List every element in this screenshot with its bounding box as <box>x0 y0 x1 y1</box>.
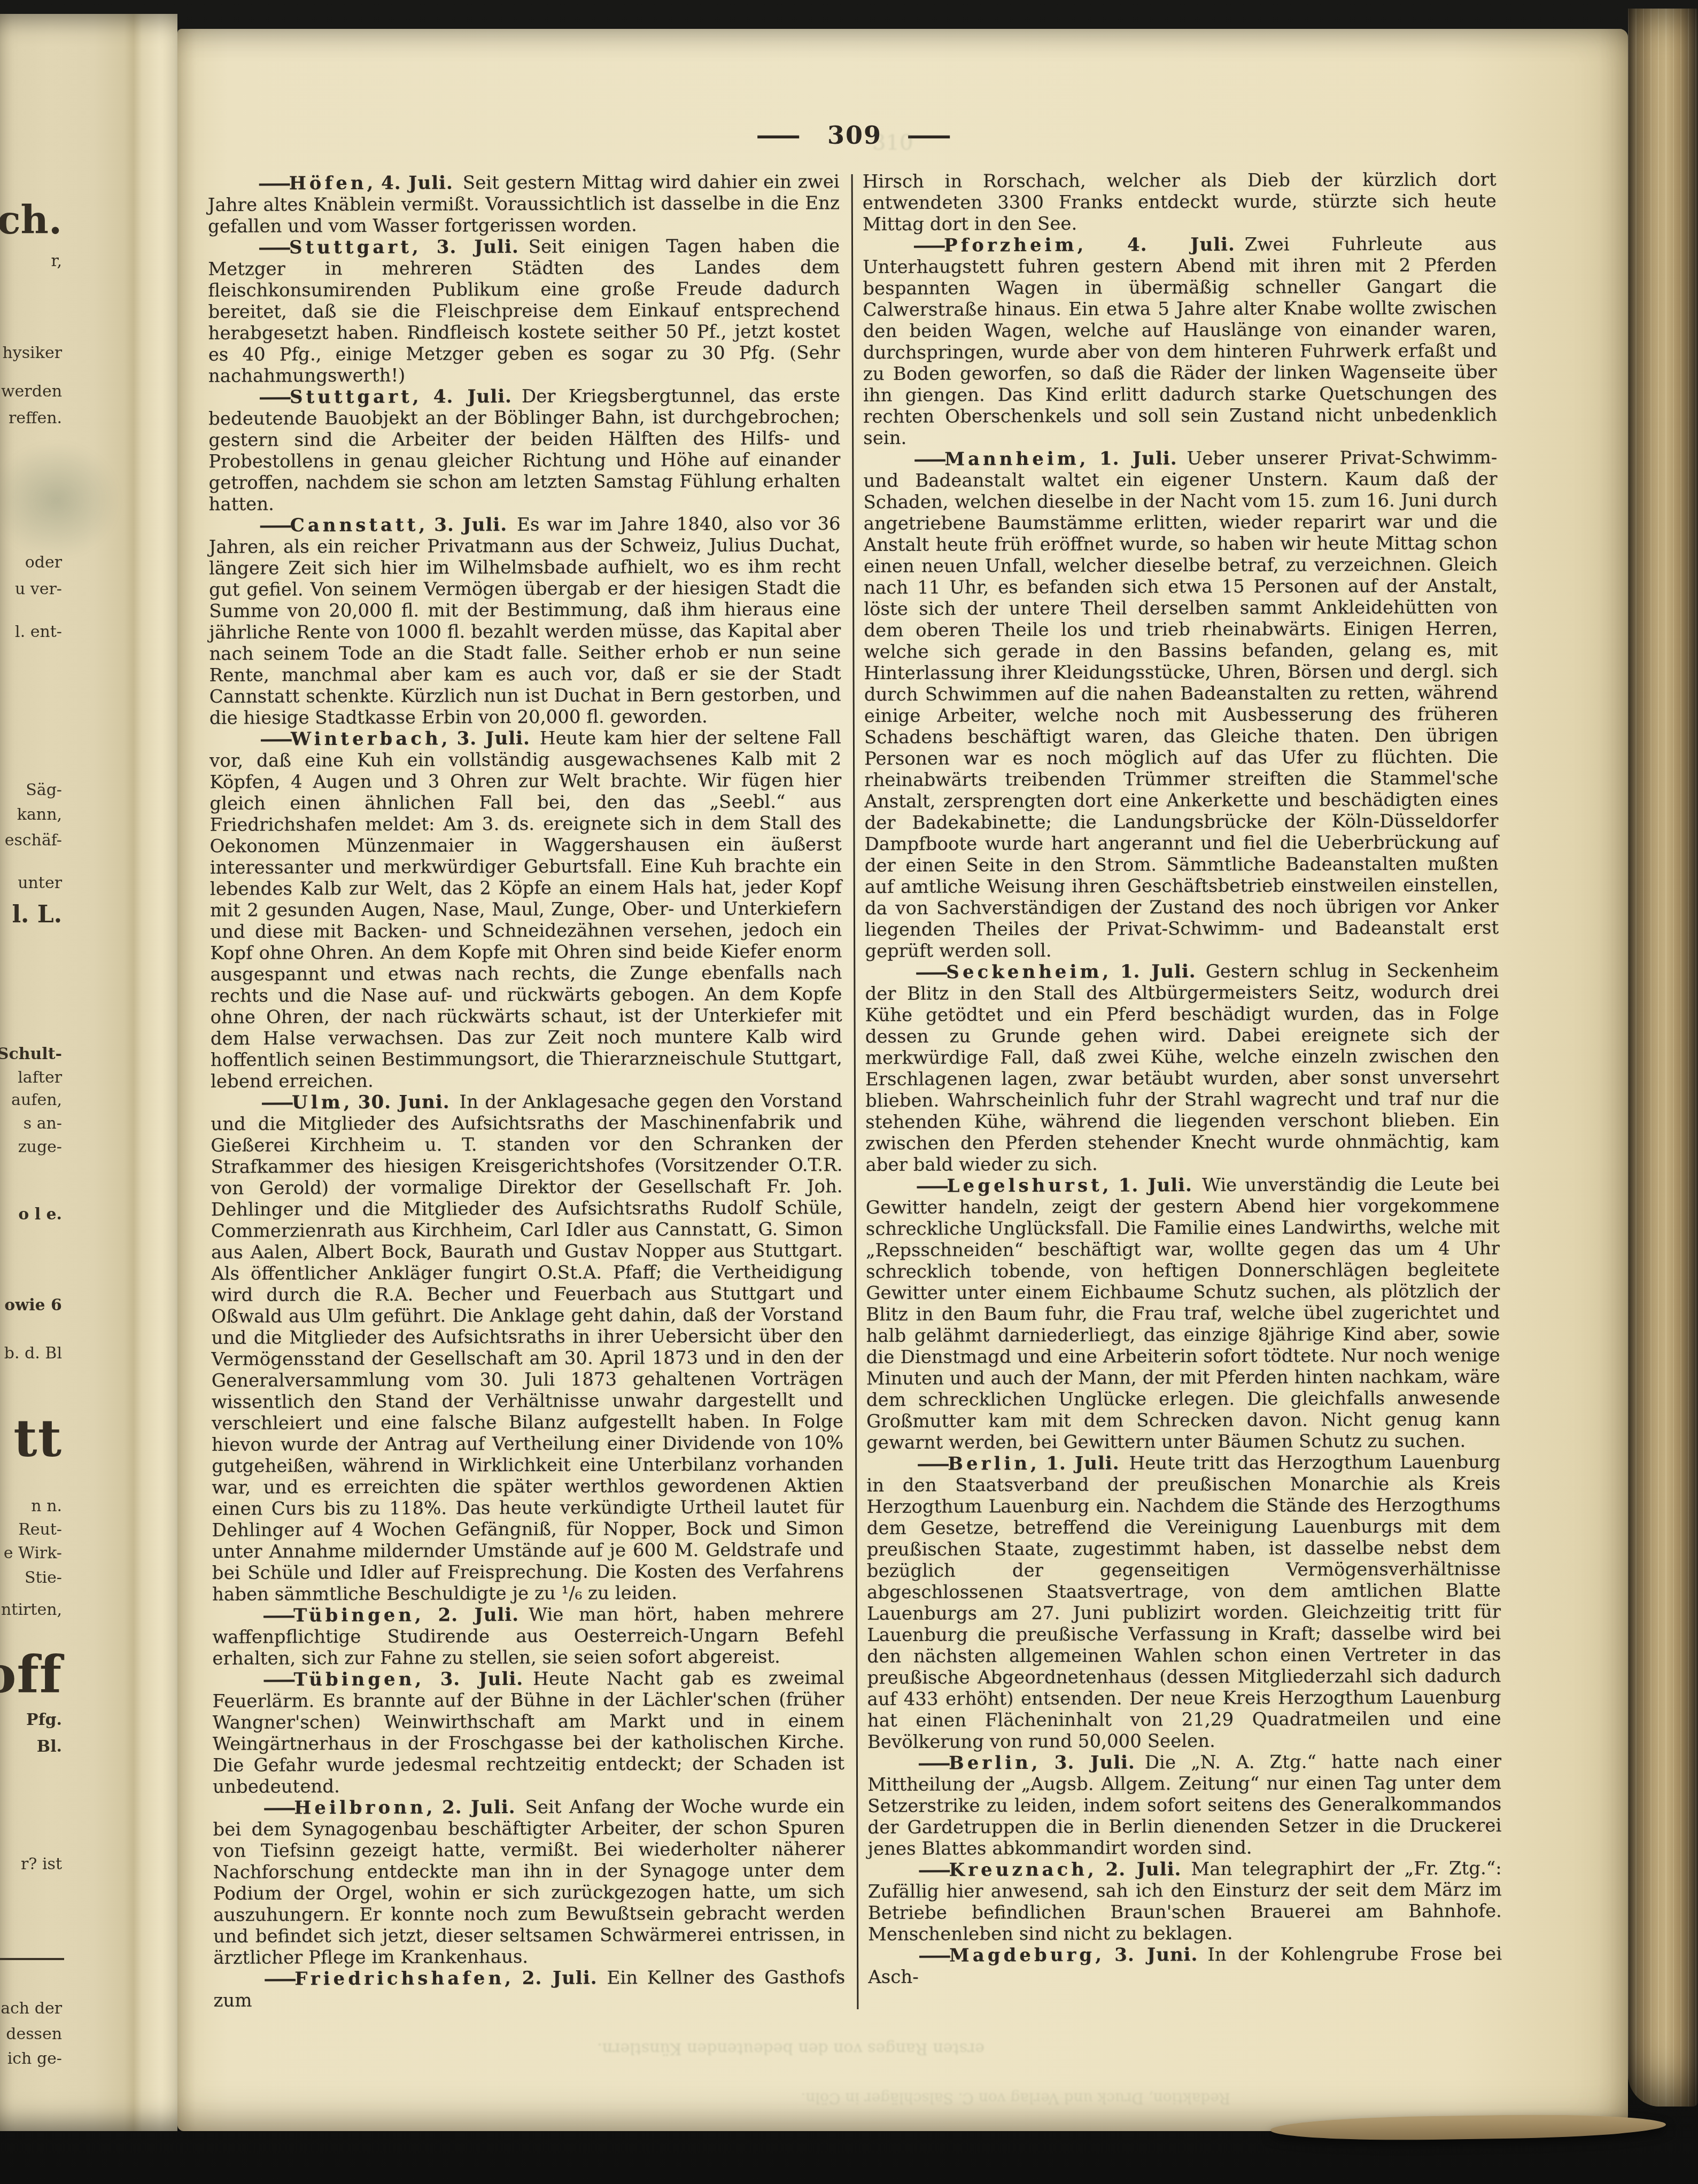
paragraph-dash: — <box>872 1752 951 1774</box>
news-item: —Kreuznach, 2. Juli. Man telegraphirt de… <box>868 1857 1502 1945</box>
page-number: —309— <box>210 121 1500 150</box>
dateline-date: , 30. Juni. <box>344 1091 460 1113</box>
news-item: —Seckenheim, 1. Juli. Gestern schlug in … <box>865 960 1499 1176</box>
newspaper-page: —309— —Höfen, 4. Juli. Seit gestern Mitt… <box>177 29 1628 2131</box>
news-item: —Berlin, 3. Juli. Die „N. A. Ztg.“ hatte… <box>867 1751 1502 1860</box>
paragraph-text: Heute tritt das Herzogthum Lauenburg in … <box>866 1451 1501 1753</box>
dateline-city: Stuttgart <box>290 386 413 408</box>
sliver-text-fragment: aufen, <box>11 1092 62 1108</box>
news-item: —Berlin, 1. Juli. Heute tritt das Herzog… <box>866 1451 1501 1753</box>
dateline-date: , 1. Juli. <box>1030 1452 1129 1474</box>
sliver-text-fragment: toff <box>0 1649 62 1700</box>
news-item: —Winterbach, 3. Juli. Heute kam hier der… <box>210 727 842 1092</box>
sliver-text-fragment: oder <box>25 555 62 571</box>
paragraph-dash: — <box>873 1945 952 1966</box>
news-item: —Stuttgart, 3. Juli. Seit einigen Tagen … <box>208 235 840 387</box>
dateline-city: Tübingen <box>293 1669 415 1691</box>
dateline-city: Winterbach <box>291 728 441 750</box>
sliver-text-fragment: owie 6 <box>4 1297 62 1313</box>
dateline-date: , 4. Juli. <box>413 386 522 408</box>
sliver-text-fragment: l. L. <box>12 903 62 927</box>
bleedthrough-text: Redaktion, Druck und Verlag von C. Salsc… <box>562 2089 1230 2107</box>
paragraph-dash: — <box>217 1605 296 1626</box>
right-column: Hirsch in Rorschach, welcher als Dieb de… <box>863 169 1502 2009</box>
news-text-block: —Höfen, 4. Juli. Seit gestern Mittag wir… <box>208 169 1505 2011</box>
paragraph-dash: — <box>214 728 293 750</box>
news-item: —Friedrichshafen, 2. Juli. Ein Kellner d… <box>213 1967 845 2011</box>
dateline-city: Höfen <box>289 173 367 194</box>
book-photo: ch.r,hysikerwerdenreffen.oderu ver-l. en… <box>0 0 1698 2184</box>
sliver-text-fragment: reffen. <box>9 410 62 426</box>
paragraph-dash: — <box>213 237 292 258</box>
paragraph-text: Ueber unserer Privat-Schwimm- und Badean… <box>863 447 1499 962</box>
sliver-rule <box>0 1958 64 1960</box>
page-stack-edge <box>1628 9 1698 2107</box>
dateline-city: Legelshurst <box>947 1175 1103 1197</box>
column-divider-rule <box>851 174 859 2009</box>
dateline-date: , 3. Juni. <box>1095 1944 1207 1966</box>
bleedthrough-text: ersten Ranges von den bedeutenden Künstl… <box>418 2039 984 2058</box>
dateline-date: , 3. Juli. <box>1032 1752 1145 1774</box>
news-item: Hirsch in Rorschach, welcher als Dieb de… <box>863 169 1497 235</box>
sliver-text-fragment: eschäf- <box>5 833 62 849</box>
sliver-text-fragment: o l e. <box>18 1207 62 1223</box>
dateline-date: , 3. Juli. <box>412 236 529 258</box>
dateline-city: Pforzheim <box>944 235 1077 257</box>
sliver-text-fragment: ich ge- <box>7 2051 62 2067</box>
sliver-text-fragment: zuge- <box>18 1139 62 1155</box>
paragraph-text: Seit Anfang der Woche wurde ein bei dem … <box>213 1796 845 1969</box>
paragraph-text: Es war im Jahre 1840, also vor 36 Jahren… <box>209 513 841 729</box>
news-item: —Pforzheim, 4. Juli. Zwei Fuhrleute aus … <box>863 233 1497 449</box>
dateline-date: , 1. Juli. <box>1080 448 1187 470</box>
paragraph-text: Heute kam hier der seltene Fall vor, daß… <box>210 727 842 1092</box>
sliver-text-fragment: ntirten, <box>1 1602 62 1618</box>
dateline-city: Magdeburg <box>949 1945 1095 1967</box>
dateline-date: , 2. Juli. <box>415 1604 529 1626</box>
page-number-dash-right: — <box>905 121 954 150</box>
sliver-text-fragment: Schult- <box>0 1046 62 1062</box>
dateline-city: Friedrichshafen <box>294 1968 505 1989</box>
dateline-city: Kreuznach <box>949 1859 1088 1881</box>
sliver-text-fragment: kann, <box>17 807 62 823</box>
news-item: —Magdeburg, 3. Juni. In der Kohlengrube … <box>868 1943 1502 1988</box>
paragraph-dash: — <box>213 173 292 194</box>
paragraph-dash: — <box>871 1453 950 1474</box>
previous-page-edge: ch.r,hysikerwerdenreffen.oderu ver-l. en… <box>0 14 177 2131</box>
news-item: —Cannstatt, 3. Juli. Es war im Jahre 184… <box>209 513 841 729</box>
sliver-text-fragment: lafter <box>18 1070 62 1086</box>
dateline-date: , 2. Juli. <box>505 1967 607 1989</box>
sliver-text-fragment: e Wirk- <box>4 1545 62 1561</box>
sliver-text-fragment: Bl. <box>37 1739 62 1755</box>
dateline-date: , 2. Juli. <box>427 1797 525 1818</box>
sliver-text-fragment: b. d. Bl <box>4 1346 62 1362</box>
paragraph-text: In der Anklagesache gegen den Vorstand u… <box>211 1090 844 1605</box>
news-item: —Tübingen, 2. Juli. Wie man hört, haben … <box>212 1603 844 1669</box>
dateline-date: , 3. Juli. <box>441 728 540 750</box>
news-item: —Höfen, 4. Juli. Seit gestern Mittag wir… <box>208 171 840 237</box>
sliver-text-fragment: unter <box>18 875 62 891</box>
paragraph-dash: — <box>870 1175 949 1196</box>
paragraph-dash: — <box>867 235 947 256</box>
sliver-text-fragment: dessen <box>6 2026 62 2042</box>
paragraph-dash: — <box>872 1859 951 1880</box>
left-column: —Höfen, 4. Juli. Seit gestern Mittag wir… <box>208 171 846 2011</box>
sliver-text-fragment: r? ist <box>21 1856 62 1872</box>
dateline-date: , 1. Juli. <box>1103 1175 1202 1196</box>
paragraph-text: Seit einigen Tagen haben die Metzger in … <box>208 235 840 387</box>
paragraph-dash: — <box>870 961 949 983</box>
dateline-city: Ulm <box>292 1092 344 1113</box>
paragraph-dash: — <box>217 1669 296 1690</box>
news-item: —Mannheim, 1. Juli. Ueber unserer Privat… <box>863 447 1499 962</box>
paragraph-dash: — <box>218 1797 297 1818</box>
dateline-date: , 1. Juli. <box>1102 961 1205 983</box>
dateline-date: , 4. Juli. <box>1077 234 1245 256</box>
news-item: —Heilbronn, 2. Juli. Seit Anfang der Woc… <box>213 1796 845 1969</box>
paragraph-text: Hirsch in Rorschach, welcher als Dieb de… <box>863 169 1497 235</box>
dateline-city: Mannheim <box>944 448 1079 470</box>
sliver-text-fragment: ach der <box>1 2001 62 2017</box>
paragraph-text: Gestern schlug in Seckenheim der Blitz i… <box>865 960 1499 1176</box>
news-item: —Ulm, 30. Juni. In der Anklagesache gege… <box>211 1090 844 1605</box>
paragraph-text: Zwei Fuhrleute aus Unterhaugstett fuhren… <box>863 233 1497 449</box>
dateline-city: Cannstatt <box>290 515 419 537</box>
sliver-text-fragment: l. ent- <box>15 624 62 640</box>
dateline-date: , 3. Juli. <box>418 514 517 536</box>
sliver-text-fragment: Stie- <box>25 1570 62 1586</box>
dateline-city: Berlin <box>948 1453 1030 1474</box>
sliver-text-fragment: Pfg. <box>26 1712 62 1728</box>
sliver-text-fragment: n n. <box>31 1498 62 1514</box>
sliver-text-fragment: hysiker <box>2 345 62 361</box>
paragraph-text: Wie unverständig die Leute bei Gewitter … <box>866 1173 1500 1454</box>
paragraph-dash: — <box>214 515 293 536</box>
sliver-text-fragment: Säg- <box>26 782 62 798</box>
dateline-date: , 4. Juli. <box>367 172 462 194</box>
paragraph-dash: — <box>215 1092 294 1113</box>
previous-page-fragments: ch.r,hysikerwerdenreffen.oderu ver-l. en… <box>0 14 64 2131</box>
paragraph-dash: — <box>868 448 947 470</box>
page-number-dash-left: — <box>755 121 803 150</box>
dateline-city: Heilbronn <box>294 1797 427 1819</box>
news-item: —Legelshurst, 1. Juli. Wie unverständig … <box>866 1173 1501 1454</box>
sliver-text-fragment: Reut- <box>18 1522 62 1538</box>
sliver-text-fragment: r, <box>51 253 62 269</box>
dateline-city: Tübingen <box>293 1605 415 1627</box>
dateline-date: , 3. Juli. <box>415 1668 533 1690</box>
dateline-city: Stuttgart <box>289 237 412 259</box>
sliver-text-fragment: tt <box>13 1413 62 1464</box>
sliver-text-fragment: s an- <box>24 1116 62 1132</box>
sliver-text-fragment: werden <box>1 384 62 400</box>
news-item: —Tübingen, 3. Juli. Heute Nacht gab es z… <box>212 1667 844 1798</box>
page-number-value: 309 <box>827 121 882 150</box>
paragraph-dash: — <box>213 386 292 408</box>
dateline-date: , 2. Juli. <box>1088 1859 1191 1880</box>
dateline-city: Seckenheim <box>946 961 1102 983</box>
paragraph-dash: — <box>218 1968 297 1989</box>
sliver-text-fragment: ch. <box>0 201 62 239</box>
news-item: —Stuttgart, 4. Juli. Der Kriegsbergtunne… <box>208 385 841 515</box>
dateline-city: Berlin <box>949 1752 1032 1774</box>
sliver-text-fragment: u ver- <box>15 581 62 597</box>
